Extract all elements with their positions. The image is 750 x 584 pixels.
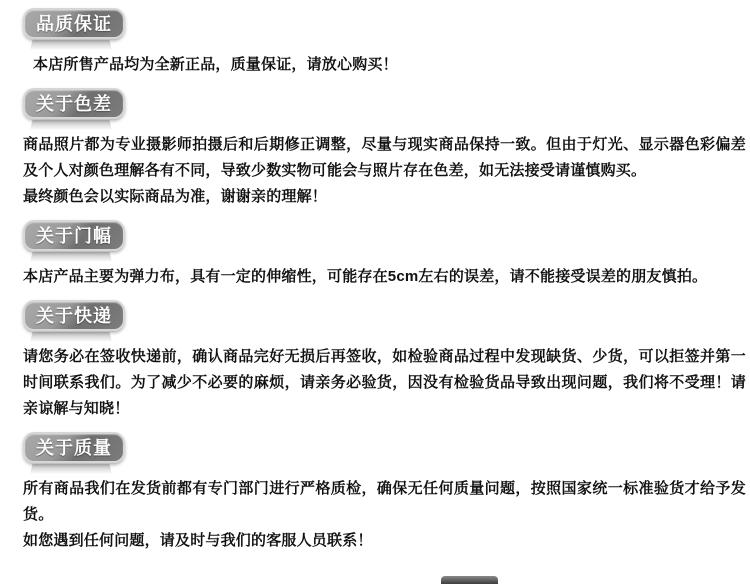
section-paragraph: 商品照片都为专业摄影师拍摄后和后期修正调整，尽量与现实商品保持一致。但由于灯光、… xyxy=(0,132,750,184)
section-title: 关于质量 xyxy=(36,438,112,458)
section-quality-guarantee: 品质保证 本店所售产品均为全新正品，质量保证，请放心购买！ xyxy=(0,8,750,78)
section-title: 品质保证 xyxy=(36,14,112,34)
badge-wrap: 品质保证 xyxy=(23,8,143,50)
bottom-partial-badge xyxy=(441,576,498,584)
section-badge: 关于质量 xyxy=(23,432,125,463)
section-paragraph: 本店产品主要为弹力布，具有一定的伸缩性，可能存在5cm左右的误差，请不能接受误差… xyxy=(0,264,750,290)
section-paragraph: 请您务必在签收快递前，确认商品完好无损后再签收，如检验商品过程中发现缺货、少货，… xyxy=(0,344,750,422)
section-badge: 关于门幅 xyxy=(23,220,125,251)
section-express-delivery: 关于快递 请您务必在签收快递前，确认商品完好无损后再签收，如检验商品过程中发现缺… xyxy=(0,300,750,422)
section-product-quality: 关于质量 所有商品我们在发货前都有专门部门进行严格质检，确保无任何质量问题，按照… xyxy=(0,432,750,554)
section-title: 关于门幅 xyxy=(36,226,112,246)
section-badge: 关于快递 xyxy=(23,300,125,331)
badge-wrap: 关于质量 xyxy=(23,432,143,474)
badge-reflection xyxy=(30,252,112,262)
section-title: 关于快递 xyxy=(36,306,112,326)
badge-reflection xyxy=(30,120,112,130)
section-paragraph: 如您遇到任何问题，请及时与我们的客服人员联系！ xyxy=(0,528,750,554)
badge-reflection xyxy=(30,40,112,50)
badge-wrap: 关于门幅 xyxy=(23,220,143,262)
section-badge: 品质保证 xyxy=(23,8,125,39)
badge-wrap: 关于快递 xyxy=(23,300,143,342)
section-badge: 关于色差 xyxy=(23,88,125,119)
badge-reflection xyxy=(30,332,112,342)
badge-wrap: 关于色差 xyxy=(23,88,143,130)
section-paragraph: 所有商品我们在发货前都有专门部门进行严格质检，确保无任何质量问题，按照国家统一标… xyxy=(0,476,750,528)
section-fabric-width: 关于门幅 本店产品主要为弹力布，具有一定的伸缩性，可能存在5cm左右的误差，请不… xyxy=(0,220,750,290)
section-paragraph: 最终颜色会以实际商品为准，谢谢亲的理解！ xyxy=(0,184,750,210)
section-color-difference: 关于色差 商品照片都为专业摄影师拍摄后和后期修正调整，尽量与现实商品保持一致。但… xyxy=(0,88,750,210)
section-paragraph: 本店所售产品均为全新正品，质量保证，请放心购买！ xyxy=(0,52,750,78)
section-title: 关于色差 xyxy=(36,94,112,114)
badge-reflection xyxy=(30,464,112,474)
